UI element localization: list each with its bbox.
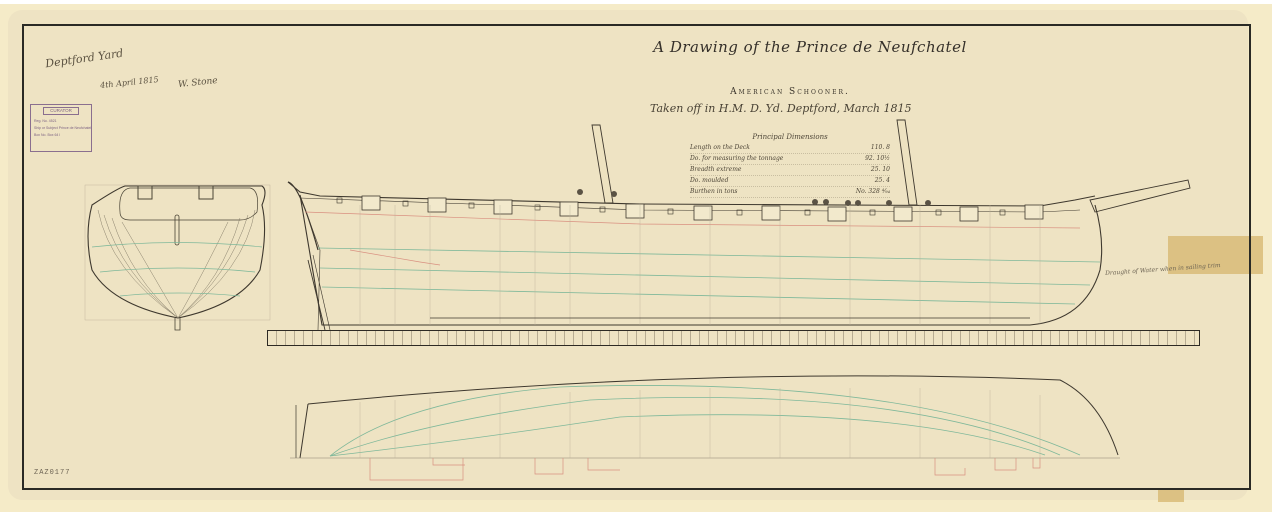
dimension-row: Breadth extreme25. 10 [690,165,890,176]
drawing-title: A Drawing of the Prince de Neufchatel [645,38,975,56]
stamp-value: Box 64 I [47,133,60,137]
stamp-label: Ship or Subject [34,126,58,130]
taken-off-note: Taken off in H.M. D. Yd. Deptford, March… [650,102,930,115]
dimension-row: Do. for measuring the tonnage92. 10½ [690,154,890,165]
dimension-value: No. 328 ⁴⁄₉₄ [856,187,890,197]
dimensions-heading: Principal Dimensions [690,133,890,141]
stamp-row: Box No. Box 64 I [34,132,88,139]
drawing-subtitle: American Schooner. [690,87,890,97]
stamp-row: Reg. No. 4521 [34,118,88,125]
dimension-label: Burthen in tons [690,187,737,197]
stamp-heading: CURATOR [43,107,79,115]
curator-stamp: CURATOR Reg. No. 4521 Ship or Subject Pr… [30,104,92,152]
stamp-label: Box No. [34,133,46,137]
dimension-label: Do. for measuring the tonnage [690,154,783,164]
dimension-row: Length on the Deck110. 8 [690,143,890,154]
stamp-row: Ship or Subject Prince de Neufchatel [34,125,88,132]
principal-dimensions: Principal Dimensions Length on the Deck1… [690,133,890,198]
dimension-label: Length on the Deck [690,143,750,153]
half-breadth-plan [290,376,1120,480]
dimension-row: Burthen in tonsNo. 328 ⁴⁄₉₄ [690,187,890,198]
stamp-value: Prince de Neufchatel [59,126,92,130]
dimension-label: Breadth extreme [690,165,741,175]
stamp-value: 4521 [49,119,57,123]
scale-bar [267,330,1200,346]
reference-number: ZAZ0177 [34,469,70,477]
dimension-row: Do. moulded25. 4 [690,176,890,187]
dimension-value: 110. 8 [871,143,890,153]
dimension-label: Do. moulded [690,176,728,186]
dimension-value: 92. 10½ [865,154,890,164]
stamp-label: Reg. No. [34,119,48,123]
dimension-value: 25. 10 [871,165,890,175]
dimension-value: 25. 4 [875,176,890,186]
body-plan [85,185,270,330]
